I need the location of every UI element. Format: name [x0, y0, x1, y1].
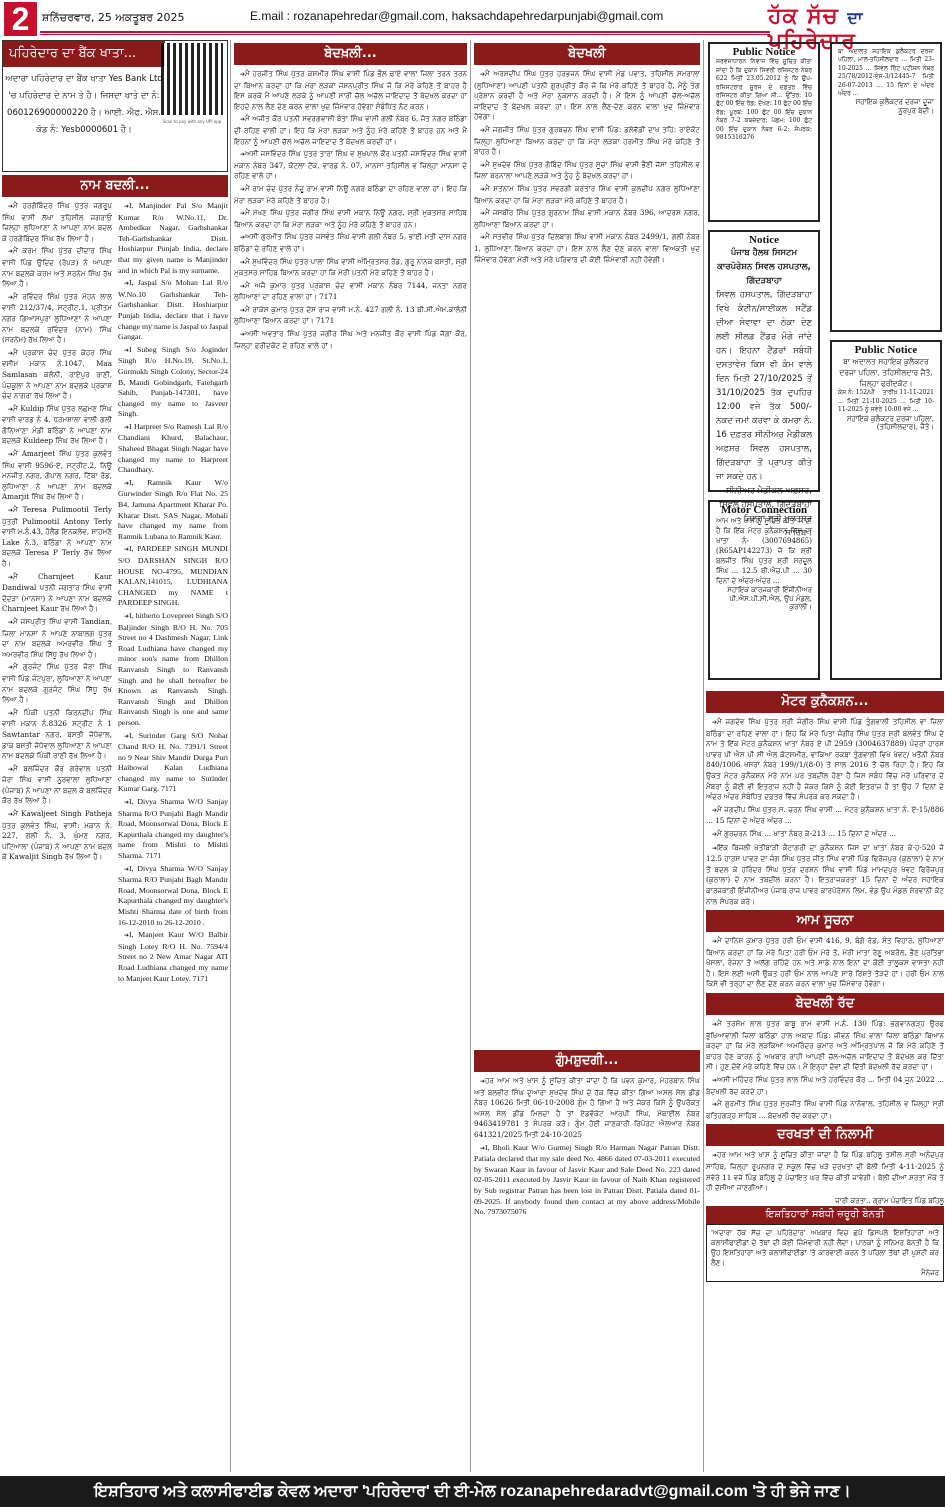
list-item: I, Divya Sharma W/O Sanjay Sharma R/O Pu… — [118, 864, 228, 929]
notice-body: ਸਿਵਲ ਹਸਪਤਾਲ, ਗਿੱਦੜਬਾਹਾ ਵਿਖੇ ਕੰਟੀਨ/ਸਾਈਕਲ … — [716, 288, 812, 484]
section-banner-tree-auction: ਦਰਖਤਾਂ ਦੀ ਨਿਲਾਮੀ — [706, 1124, 944, 1146]
list-item: ਹਰ ਆਮ ਅਤੇ ਖਾਸ ਨੂੰ ਸੂਚਿਤ ਕੀਤਾ ਜਾਂਦਾ ਹੈ ਕਿ… — [706, 1150, 944, 1193]
list-item: I, Surinder Garg S/O Nohar Chand R/O H. … — [118, 731, 228, 796]
list-item: ਮੈਂ Kuldip ਸਿੰਘ ਪੁੱਤਰ ਲਛਮਣ ਸਿੰਘ ਵਾਸੀ ਵਾਰ… — [2, 404, 112, 447]
notice-signature: ਸਹਾਇਕ ਕਾਰਜਕਾਰੀ ਇੰਜੀਨੀਅਰ ਪੀ.ਐਸ.ਪੀ.ਸੀ.ਐਲ, … — [716, 586, 812, 611]
list-item: ਮੈਂ Amarjeet ਸਿੰਘ ਪੁੱਤਰ ਕੁਲਵੰਤ ਸਿੰਘ ਵਾਸੀ… — [2, 449, 112, 503]
section-banner-lost: ਗੁੰਮਸ਼ੁਦਗੀ... — [474, 1050, 700, 1072]
page-number: 2 — [4, 2, 37, 36]
list-item: ਅਸੀਂ ਜਸਵਿੰਦਰ ਸਿੰਘ ਪੁੱਤਰ ਤਾਰਾ ਸਿੰਘ ਵ ਸੁਖਪ… — [234, 149, 467, 182]
notice-signature: ਸਹਾਇਕ ਕੁਲੈਕਟਰ ਦਰਜਾ ਪਹਿਲਾ, (ਤਹਿਸੀਲਦਾਰ), ਜ… — [838, 415, 934, 432]
notice-title: Notice — [716, 236, 812, 244]
auction-signature: ਜਾਰੀ ਕਰਤਾ.. ਗ੍ਰਾਮ ਪੰਚਾਇਤ ਪਿੰਡ ਬਹਿਲੂ — [706, 1196, 944, 1207]
bank-box-title: ਪਹਿਰੇਦਾਰ ਦਾ ਬੈਂਕ ਖਾਤਾ... — [3, 41, 165, 67]
list-item: I Harpreet S/o Ramesh Lal R/o Chandiani … — [118, 422, 228, 476]
notice-body: ਆਮ ਅਤੇ ਖਾਸ ਨੂੰ ਸੂਚਿਤ ਕੀਤਾ ਜਾਂਦਾ ਹੈ ਕਿ ਇੱ… — [716, 516, 812, 586]
bank-box-text: ਅਦਾਰਾ ਪਹਿਰੇਦਾਰ ਦਾ ਬੈਂਕ ਖਾਤਾ Yes Bank Ltd… — [5, 71, 163, 139]
public-notice-box: Public Notice ਸਰਵਸਾਧਾਰਨ ਨਿਵਾਸ ਵਿੱਚ ਸੂਚਿਤ… — [708, 42, 820, 222]
masthead-email[interactable]: E.mail : rozanapehredar@gmail.com, haksa… — [250, 9, 663, 23]
list-item: ਅਸੀਂ ਅਵਤਾਰ ਸਿੰਘ ਪੁੱਤਰ ਜਗੀਰ ਸਿੰਘ ਅਤੇ ਮਨਜੀ… — [234, 329, 467, 351]
qr-caption: Scan to pay with any UPI app — [159, 117, 225, 128]
qr-code-icon[interactable] — [161, 43, 223, 115]
list-item: ਮੈਂ Charnjeet Kaur Dandiwal ਪਤਨੀ ਜਗਤਾਰ ਸ… — [2, 572, 112, 615]
list-item: ਮੈਂ ਮੱਖਣ ਸਿੰਘ ਪੁੱਤਰ ਜਗੀਰ ਸਿੰਘ ਵਾਸੀ ਮਕਾਨ … — [234, 208, 467, 230]
list-item: ਮੈਂ ਅਜੀਤ ਕੌਰ ਪਤਨੀ ਸਵਰਗਵਾਸੀ ਬੰਤਾ ਸਿੰਘ ਵਾਸ… — [234, 114, 467, 147]
notice-body: ਬਾ ਅਦਾਲਤ ਸਹਾਇਕ ਕੁਲੈਕਟਰ ਦਰਜਾ ਪਹਿਲਾ, ਮਾਲ-ਤ… — [838, 48, 934, 98]
list-item: I, Ramnik Kaur W/o Gurwinder Singh R/o F… — [118, 478, 228, 543]
list-item: I, Manjinder Pal S/o Manjit Kumar R/o W.… — [118, 201, 228, 276]
list-item: ਮੈਂ ਪ੍ਰਕਾਸ਼ ਚੰਦ ਪੁੱਤਰ ਕੇਹਰ ਸਿੰਘ ਵਸੀਮ ਮਕਾ… — [2, 348, 112, 402]
column-divider — [470, 40, 471, 1472]
list-item: ਮੈਂ ਕਰਮ ਸਿੰਘ ਪੁੱਤਰ ਦੀਦਾਰ ਸਿੰਘ ਵਾਸੀ ਪਿੰਡ … — [2, 246, 112, 289]
notice-org: ਬਾ ਅਦਾਲਤ ਸਹਾਇਕ ਕੁਲੈਕਟਰ ਦਰਜਾ ਪਹਿਲਾ, ਤਹਿਸੀ… — [838, 356, 934, 389]
notice-org: ਪੰਜਾਬ ਹੈਲਥ ਸਿਸਟਮ ਕਾਰਪੋਰੇਸ਼ਨ ਸਿਵਲ ਹਸਪਤਾਲ,… — [716, 246, 812, 288]
notice-body: ... ਮਿਤੀ 21-10-2025 ... ਮਿਤੀ 10-11-2025 … — [838, 398, 934, 415]
list-item: ਮੈਂ ਜਗਦੀਪ ਸਿੰਘ ਪੁੱਤਰ ਸ. ਚਰਨ ਸਿੰਘ ਵਾਸੀ ..… — [706, 805, 944, 827]
list-item: ਮੈਂ ਸਤਨਾਮ ਸਿੰਘ ਪੁੱਤਰ ਸਵਰਗੀ ਕਰਤਾਰ ਸਿੰਘ ਵਾ… — [474, 184, 700, 206]
list-item: ਮੈਂ Kawaljeet Singh Patheja ਪੁੱਤਰ ਕੁਲਵੰਤ… — [2, 809, 112, 863]
column-eviction-1: ਬੇਦਖ਼ਲੀ... ਮੈਂ ਹਰਜੀਤ ਸਿੰਘ ਪੁੱਤਰ ਕਸ਼ਮੀਰ ਸ… — [234, 40, 467, 1474]
name-change-punjabi-list: ਮੈਂ ਹਰਗੋਬਿੰਦਰ ਸਿੰਘ ਪੁੱਤਰ ਜਗਰੂਪ ਸਿੰਘ ਵਾਸੀ… — [2, 201, 112, 986]
section-banner-name-change: ਨਾਮ ਬਦਲੀ... — [2, 175, 228, 197]
notice-title: Motor Connection — [716, 506, 812, 514]
list-item: ਮੈਂ ਗੁਰਜੰਟ ਸਿੰਘ ਪੁੱਤਰ ਜੋਰਾ ਸਿੰਘ ਵਾਸੀ ਪਿੰ… — [2, 662, 112, 705]
bank-account-box: ਪਹਿਰੇਦਾਰ ਦਾ ਬੈਂਕ ਖਾਤਾ... ਅਦਾਰਾ ਪਹਿਰੇਦਾਰ … — [2, 40, 228, 172]
disclaimer-signature: ਮੈਨੇਜਰ — [711, 1268, 939, 1278]
list-item: ਮੈਂ ਗੁਰਚਰਨ ਸਿੰਘ ... ਖਾਤਾ ਨੰਬਰ ਕੇ-213 ...… — [706, 829, 944, 841]
list-item: ਮੈਂ ਜਸਪ੍ਰੀਤ ਸਿੰਘ ਵਾਸੀ Tandian, ਜ਼ਿਲਾ ਮਾਨ… — [2, 617, 112, 660]
list-item: ਮੈਂ ਜਸਬੀਰ ਸਿੰਘ ਪੁੱਤਰ ਗੁਰਨਾਮ ਸਿੰਘ ਵਾਸੀ ਮਕ… — [474, 208, 700, 230]
list-item: ਮੈਂ ਜਗਜੀਤ ਸਿੰਘ ਪੁੱਤਰ ਗੁਰਬਚਨ ਸਿੰਘ ਵਾਸੀ ਪਿ… — [474, 125, 700, 158]
list-item: ਮੈਂ ਰਾਮ ਚੰਦ ਪੁੱਤਰ ਨੰਦੂ ਰਾਮ ਵਾਸੀ ਨਿਊ ਨਗਰ … — [234, 184, 467, 206]
list-item: ਮੈਂ ਰਾਕੇਸ਼ ਕੁਮਾਰ ਪੁੱਤਰ ਦੇਸ ਰਾਜ ਵਾਸੀ ਮ.ਨੰ… — [234, 305, 467, 327]
masthead: 2 ਸ਼ਨਿੱਚਰਵਾਰ, 25 ਅਕਤੂਬਰ 2025 E.mail : ro… — [0, 0, 945, 38]
column-name-change: ਪਹਿਰੇਦਾਰ ਦਾ ਬੈਂਕ ਖਾਤਾ... ਅਦਾਰਾ ਪਹਿਰੇਦਾਰ … — [2, 40, 228, 1474]
list-item: ਇੱਕ ਬਿਜਲੀ ਖੇਤੀਬਾੜੀ ਕੈਟਾਗਰੀ ਦਾ ਕੁਨੈਕਸ਼ਨ ਜ… — [706, 843, 944, 908]
list-item: I, Divya Sharma W/O Sanjay Sharma R/O Pu… — [118, 797, 228, 862]
hospital-notice-box: Notice ਪੰਜਾਬ ਹੈਲਥ ਸਿਸਟਮ ਕਾਰਪੋਰੇਸ਼ਨ ਸਿਵਲ … — [708, 230, 820, 492]
list-item: ਮੈਂ ਰਵਿੰਦਰ ਸਿੰਘ ਪੁੱਤਰ ਮੋਹਨ ਲਾਲ ਵਾਸੀ 212/… — [2, 292, 112, 346]
section-banner-motor-connection: ਮੋਟਰ ਕੁਨੈਕਸ਼ਨ... — [706, 691, 944, 713]
list-item: ਹਰ ਆਮ ਅਤੇ ਖਾਸ ਨੂੰ ਸੂਚਿਤ ਕੀਤਾ ਜਾਂਦਾ ਹੈ ਕਿ… — [474, 1076, 700, 1141]
list-item: ਮੈਂ ਸੁਖਵਿੰਦਰ ਸਿੰਘ ਪੁੱਤਰ ਪਾਲਾ ਸਿੰਘ ਵਾਸੀ ਅ… — [234, 257, 467, 279]
list-item: I Subeg Singh S/o Joginder Singh R/o H.N… — [118, 345, 228, 420]
logo-left: ਹੱਕ ਸੱਚ — [768, 4, 839, 29]
spacer — [474, 267, 700, 1047]
list-item: ਮੈਂ ਸੁਖਦੇਵ ਸਿੰਘ ਪੁੱਤਰ ਗੋਬਿੰਦ ਸਿੰਘ ਪੁੱਤਰ … — [474, 160, 700, 182]
disclaimer-body: 'ਅਦਾਰਾ ਹੱਕ ਸੱਚ ਦਾ ਪਹਿਰੇਦਾਰ' ਅਖ਼ਬਾਰ ਵਿਚ ਛ… — [711, 1229, 939, 1267]
notice-signature: ਸਹਾਇਕ ਕੁਲੈਕਟਰ ਦਰਜਾ ਦੂਜਾ ਨੂਰਪੁਰ ਬੇਦੀ। — [838, 98, 934, 115]
list-item: ਮੈਂ ਪਿੰਕੀ ਪਤਨੀ ਕਿਰਨਦੀਪ ਸਿੰਘ ਵਾਸੀ ਮਕਾਨ ਨੰ… — [2, 708, 112, 762]
logo-khanda-icon: ਦਾ — [847, 8, 863, 27]
section-banner-general-notice: ਆਮ ਸੂਚਨਾ — [706, 910, 944, 932]
section-banner-eviction-cancel: ਬੇਦਖਲੀ ਰੱਦ — [706, 993, 944, 1015]
list-item: ਮੈਂ ਹਰਜੀਤ ਸਿੰਘ ਪੁੱਤਰ ਕਸ਼ਮੀਰ ਸਿੰਘ ਵਾਸੀ ਪਿ… — [234, 69, 467, 112]
notice-body: ਸਰਵਸਾਧਾਰਨ ਨਿਵਾਸ ਵਿੱਚ ਸੂਚਿਤ ਕੀਤਾ ਜਾਂਦਾ ਹੈ… — [716, 58, 812, 142]
case-date: ਤਾਰੀਖ਼ 11-11-2021 — [883, 389, 934, 397]
header-rule — [40, 31, 770, 33]
column-divider — [230, 40, 231, 1472]
section-banner-eviction-2: ਬੇਦਖਲੀ — [474, 43, 700, 65]
list-item: I, Bholi Kaur W/o Gurmej Singh R/o Harma… — [474, 1143, 700, 1218]
case-number: ਕੇਸ ਨੰ: 152/ਪੀ — [838, 389, 875, 397]
list-item: I, hitherto Lovepreet Singh S/O Baljinde… — [118, 611, 228, 729]
list-item: ਮੈਂ ਅਰਸ਼ਦੀਪ ਸਿੰਘ ਪੁੱਤਰ ਹਰਭਜਨ ਸਿੰਘ ਵਾਸੀ ਮ… — [474, 69, 700, 123]
header-rule-thin — [40, 34, 770, 35]
list-item: ਮੈਂ ਜਗਦੇਵ ਸਿੰਘ ਪੁੱਤਰ ਸ਼੍ਰੀ ਜੰਗੀਰ ਸਿੰਘ ਵਾ… — [706, 717, 944, 803]
notice-title: Public Notice — [716, 48, 812, 56]
motor-connection-notice-box: Motor Connection ਆਮ ਅਤੇ ਖਾਸ ਨੂੰ ਸੂਚਿਤ ਕੀ… — [708, 500, 820, 680]
list-item: ਅਸੀਂ ਮਹਿੰਦਰ ਸਿੰਘ ਪੁੱਤਰ ਲਾਲ ਸਿੰਘ ਅਤੇ ਹਰਵਿ… — [706, 1075, 944, 1097]
notice-title: Public Notice — [838, 346, 934, 354]
section-banner-eviction: ਬੇਦਖ਼ਲੀ... — [234, 43, 467, 65]
list-item: ਅਸੀਂ ਗੁਰਮੀਤ ਸਿੰਘ ਪੁੱਤਰ ਜਸਵੰਤ ਸਿੰਘ ਵਾਸੀ ਗ… — [234, 232, 467, 254]
list-item: ਮੈਂ ਬਲਜਿੰਦਰ ਕੌਰ ਗਰੇਵਾਲ ਪਤਨੀ ਜੋਰਾ ਸਿੰਘ ਵਾ… — [2, 764, 112, 807]
public-notice-box-2: Public Notice ਬਾ ਅਦਾਲਤ ਸਹਾਇਕ ਕੁਲੈਕਟਰ ਦਰਜ… — [830, 340, 942, 680]
list-item: ਮੈਂ ਗੁਰਮੀਤ ਸਿੰਘ ਪੁੱਤਰ ਸੁਰਜੀਤ ਸਿੰਘ ਵਾਸੀ ਪ… — [706, 1099, 944, 1121]
disclaimer-title: ਇਸ਼ਤਿਹਾਰਾਂ ਸਬੰਧੀ ਜ਼ਰੂਰੀ ਬੇਨਤੀ — [706, 1206, 944, 1224]
column-divider — [703, 40, 704, 1472]
footer-ad-email-bar: ਇਸ਼ਤਿਹਾਰ ਅਤੇ ਕਲਾਸੀਫਾਈਡ ਕੇਵਲ ਅਦਾਰਾ 'ਪਹਿਰੇ… — [0, 1476, 945, 1507]
list-item: ਮੈਂ Teresa Pulimootil Terly ਪੁੱਤਰੀ Pulim… — [2, 505, 112, 570]
disclaimer-box: 'ਅਦਾਰਾ ਹੱਕ ਸੱਚ ਦਾ ਪਹਿਰੇਦਾਰ' ਅਖ਼ਬਾਰ ਵਿਚ ਛ… — [706, 1224, 944, 1282]
list-item: ਮੈਂ ਹਰਗੋਬਿੰਦਰ ਸਿੰਘ ਪੁੱਤਰ ਜਗਰੂਪ ਸਿੰਘ ਵਾਸੀ… — [2, 201, 112, 244]
name-change-english-list: I, Manjinder Pal S/o Manjit Kumar R/o W.… — [118, 201, 228, 986]
list-item: I, PARDEEP SINGH MUNDI S/O DARSHAN SINGH… — [118, 544, 228, 609]
list-item: ਮੈਂ ਦਾਨਿਸ਼ ਕੁਮਾਰ ਪੁੱਤਰ ਹਰੀ ਓਮ ਵਾਸੀ 416, … — [706, 936, 944, 990]
issue-date: ਸ਼ਨਿੱਚਰਵਾਰ, 25 ਅਕਤੂਬਰ 2025 — [42, 11, 185, 25]
list-item: ਮੈਂ ਤਰਸੇਮ ਲਾਲ ਪੁੱਤਰ ਬਾਬੂ ਰਾਮ ਵਾਸੀ ਮ.ਨੰ. … — [706, 1019, 944, 1073]
column-eviction-2: ਬੇਦਖਲੀ ਮੈਂ ਅਰਸ਼ਦੀਪ ਸਿੰਘ ਪੁੱਤਰ ਹਰਭਜਨ ਸਿੰਘ… — [474, 40, 700, 1474]
list-item: ਮੈਂ ਸਤਵੀਰ ਸਿੰਘ ਪੁੱਤਰ ਦਿਲਬਾਗ ਸਿੰਘ ਵਾਸੀ ਮਕ… — [474, 232, 700, 265]
list-item: I, Jaspal S/o Mohan Lal R/o W.No.10 Garh… — [118, 278, 228, 343]
court-notice-box: ਬਾ ਅਦਾਲਤ ਸਹਾਇਕ ਕੁਲੈਕਟਰ ਦਰਜਾ ਪਹਿਲਾ, ਮਾਲ-ਤ… — [830, 42, 942, 332]
list-item: ਮੈਂ ਅਜੈ ਕੁਮਾਰ ਪੁੱਤਰ ਪ੍ਰਕਾਸ਼ ਚੰਦ ਵਾਸੀ ਮਕਾ… — [234, 281, 467, 303]
list-item: I, Manjeet Kaur W/O Balbir Singh Lotey R… — [118, 930, 228, 984]
column-notices: Public Notice ਸਰਵਸਾਧਾਰਨ ਨਿਵਾਸ ਵਿੱਚ ਸੂਚਿਤ… — [706, 40, 944, 1474]
